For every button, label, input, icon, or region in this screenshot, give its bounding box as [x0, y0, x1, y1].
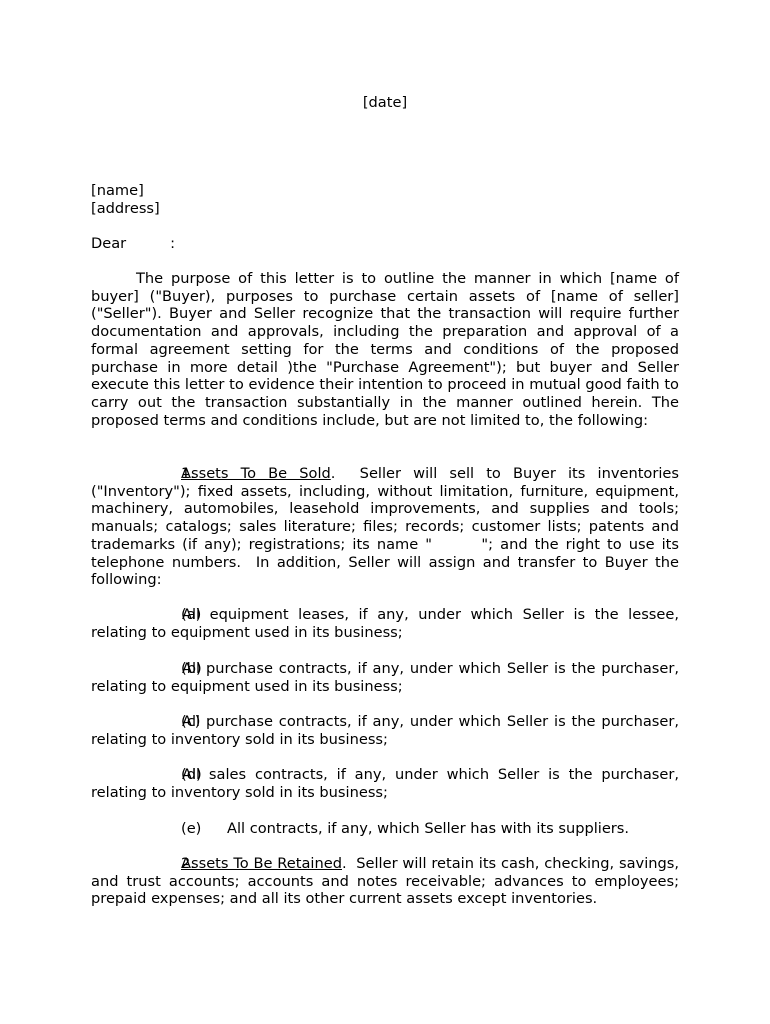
section-body: Seller will sell to Buyer its inventorie… [91, 465, 684, 588]
list-item-c: (c)All purchase contracts, if any, under… [91, 713, 679, 748]
item-label: (a) [136, 606, 182, 624]
item-label: (e) [181, 820, 227, 838]
letter-date: [date] [0, 94, 770, 112]
item-text: All contracts, if any, which Seller has … [227, 820, 629, 837]
salutation-greeting: Dear [91, 235, 126, 252]
section-heading: Assets To Be Retained [181, 855, 342, 872]
salutation-colon: : [170, 235, 175, 252]
section-assets-to-be-sold: 1.Assets To Be Sold. Seller will sell to… [91, 465, 679, 589]
list-item-e: (e)All contracts, if any, which Seller h… [181, 820, 681, 838]
section-assets-to-be-retained: 2.Assets To Be Retained. Seller will ret… [91, 855, 679, 908]
recipient-block: [name] [address] [91, 182, 679, 217]
list-item-b: (b)All purchase contracts, if any, under… [91, 660, 679, 695]
list-item-d: (d)All sales contracts, if any, under wh… [91, 766, 679, 801]
item-label: (b) [136, 660, 182, 678]
section-number: 2. [136, 855, 181, 873]
document-page: [date] [name] [address] Dear: The purpos… [0, 0, 770, 1024]
recipient-name: [name] [91, 182, 679, 200]
list-item-a: (a)All equipment leases, if any, under w… [91, 606, 679, 641]
section-heading: Assets To Be Sold [181, 465, 331, 482]
intro-paragraph: The purpose of this letter is to outline… [91, 270, 679, 429]
recipient-address: [address] [91, 200, 679, 218]
section-number: 1. [136, 465, 181, 483]
salutation: Dear: [91, 235, 679, 253]
item-label: (c) [136, 713, 182, 731]
item-label: (d) [136, 766, 182, 784]
